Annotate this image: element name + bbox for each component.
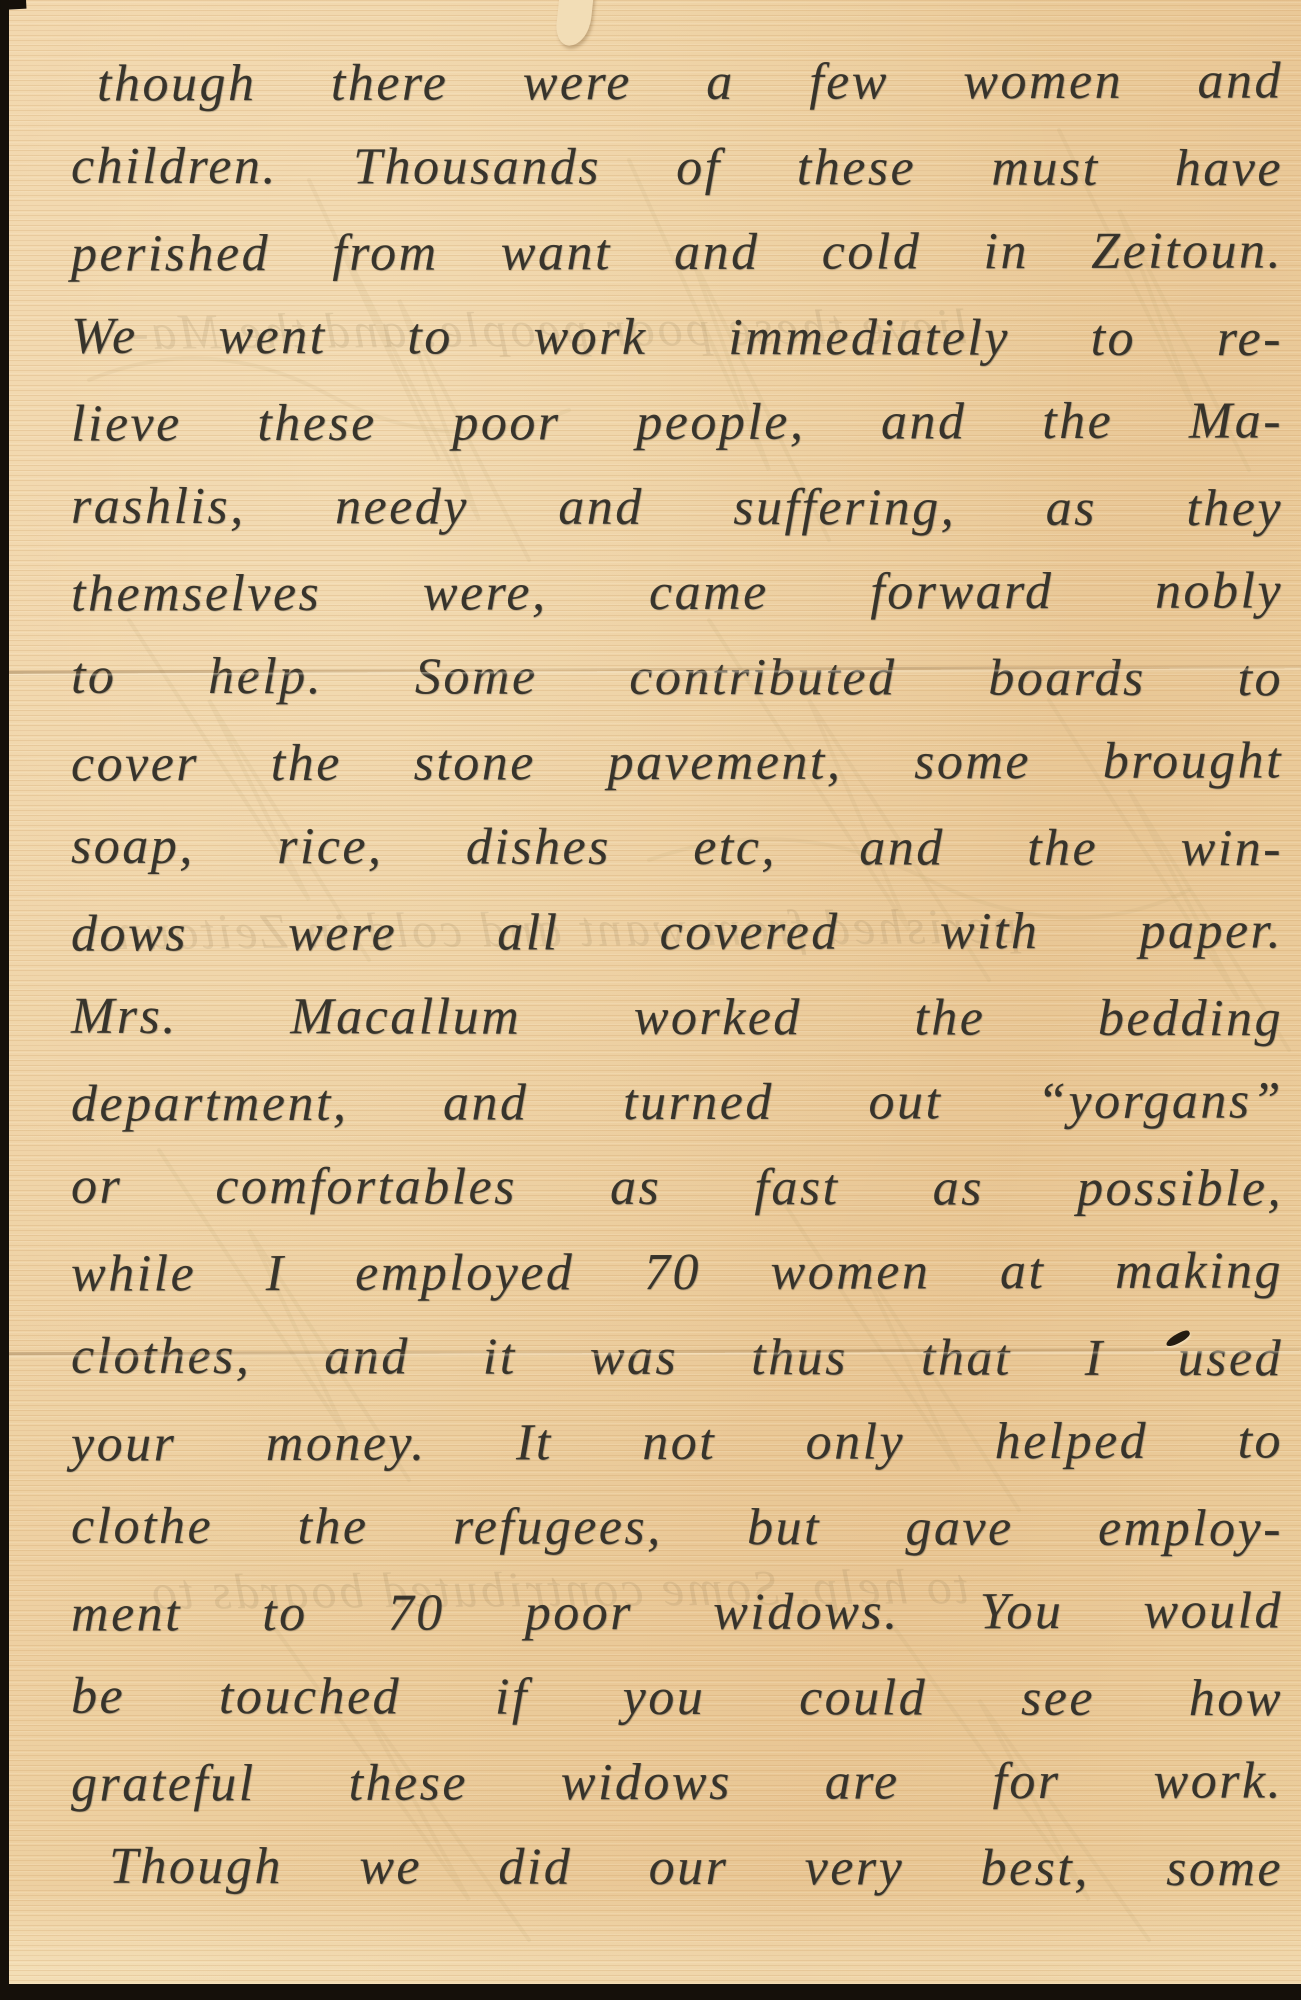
scan-edge-left <box>0 0 9 2000</box>
scan-edge-bottom <box>0 1984 1301 2000</box>
letter-scan: { "page": { "kind": "handwritten-letter-… <box>0 0 1301 2000</box>
handwritten-line: We went to work immediately to re- <box>71 294 1283 382</box>
handwritten-line: clothe the refugees, but gave employ- <box>71 1484 1283 1572</box>
handwritten-line: or comfortables as fast as possible, <box>71 1144 1283 1232</box>
handwritten-line: soap, rice, dishes etc, and the win- <box>71 804 1283 892</box>
handwritten-line: cover the stone pavement, some brought <box>71 718 1283 806</box>
handwritten-line: Though we did our very best, some <box>71 1824 1283 1912</box>
letter-body: though there were a few women and childr… <box>71 40 1283 1910</box>
handwritten-line: Mrs. Macallum worked the bedding <box>71 974 1283 1062</box>
handwritten-line: themselves were, came forward nobly <box>71 548 1283 636</box>
letter-page: lieve these poor people, and the Ma- per… <box>9 0 1301 1984</box>
handwritten-line: ment to 70 poor widows. You would <box>71 1568 1283 1656</box>
handwritten-line: dows were all covered with paper. <box>71 888 1283 976</box>
handwritten-line: while I employed 70 women at making <box>71 1228 1283 1316</box>
handwritten-line: your money. It not only helped to <box>71 1398 1283 1486</box>
handwritten-line: be touched if you could see how <box>71 1654 1283 1742</box>
handwritten-line: grateful these widows are for work. <box>71 1738 1283 1826</box>
handwritten-line: department, and turned out “yorgans” <box>71 1058 1283 1146</box>
handwritten-line: clothes, and it was thus that I used <box>71 1314 1283 1402</box>
handwritten-line: rashlis, needy and suffering, as they <box>71 464 1283 552</box>
handwritten-line: children. Thousands of these must have <box>71 124 1283 212</box>
handwritten-line: though there were a few women and <box>71 38 1283 126</box>
handwritten-line: to help. Some contributed boards to <box>71 634 1283 722</box>
handwritten-line: perished from want and cold in Zeitoun. <box>71 208 1283 296</box>
handwritten-line: lieve these poor people, and the Ma- <box>71 378 1283 466</box>
